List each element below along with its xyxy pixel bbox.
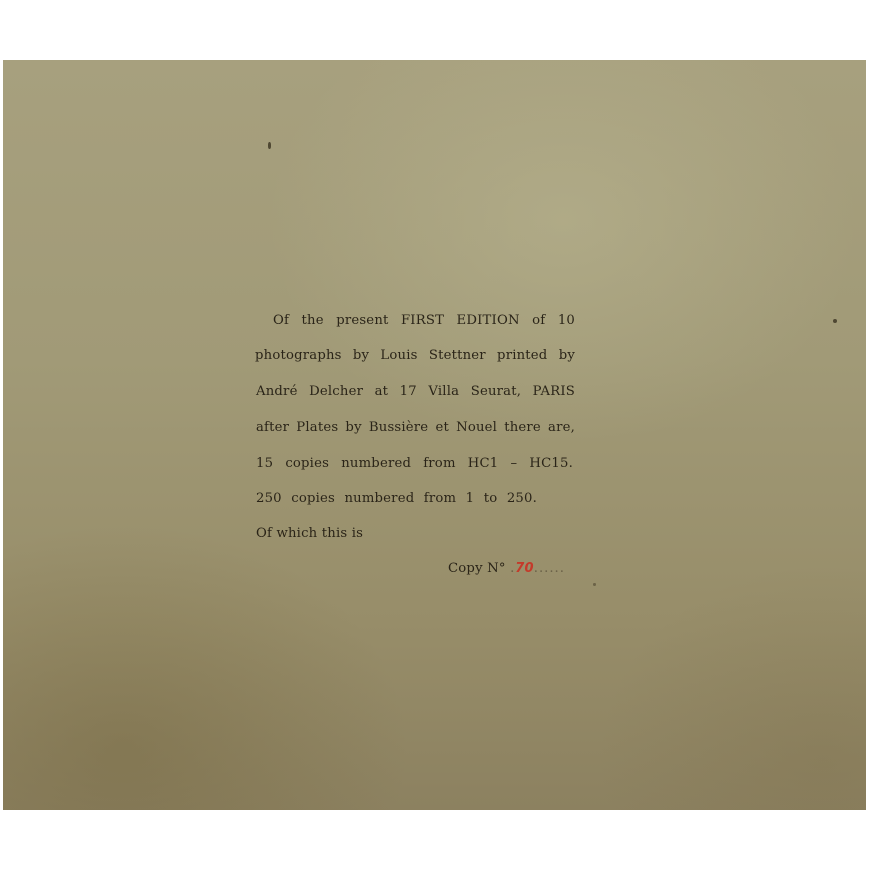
copy-label: Copy N°	[448, 561, 506, 576]
statement-line-4: after Plates by Bussière et Nouel there …	[256, 420, 575, 435]
statement-line-3: André Delcher at 17 Villa Seurat, PARIS	[256, 384, 575, 399]
copy-leader-after: ......	[534, 561, 565, 576]
statement-line-6: 250 copies numbered from 1 to 250.	[256, 491, 537, 506]
limitation-statement: Of the present FIRST EDITION of 10 photo…	[3, 60, 866, 810]
statement-line-1: Of the present FIRST EDITION of 10	[273, 313, 575, 328]
copy-number-line: Copy N° .70......	[448, 561, 565, 576]
statement-line-2: photographs by Louis Stettner printed by	[255, 348, 575, 363]
book-page: Of the present FIRST EDITION of 10 photo…	[3, 60, 866, 810]
handwritten-copy-number: 70	[515, 561, 534, 576]
statement-line-7: Of which this is	[256, 526, 363, 541]
statement-line-5: 15 copies numbered from HC1 – HC15.	[256, 456, 573, 471]
